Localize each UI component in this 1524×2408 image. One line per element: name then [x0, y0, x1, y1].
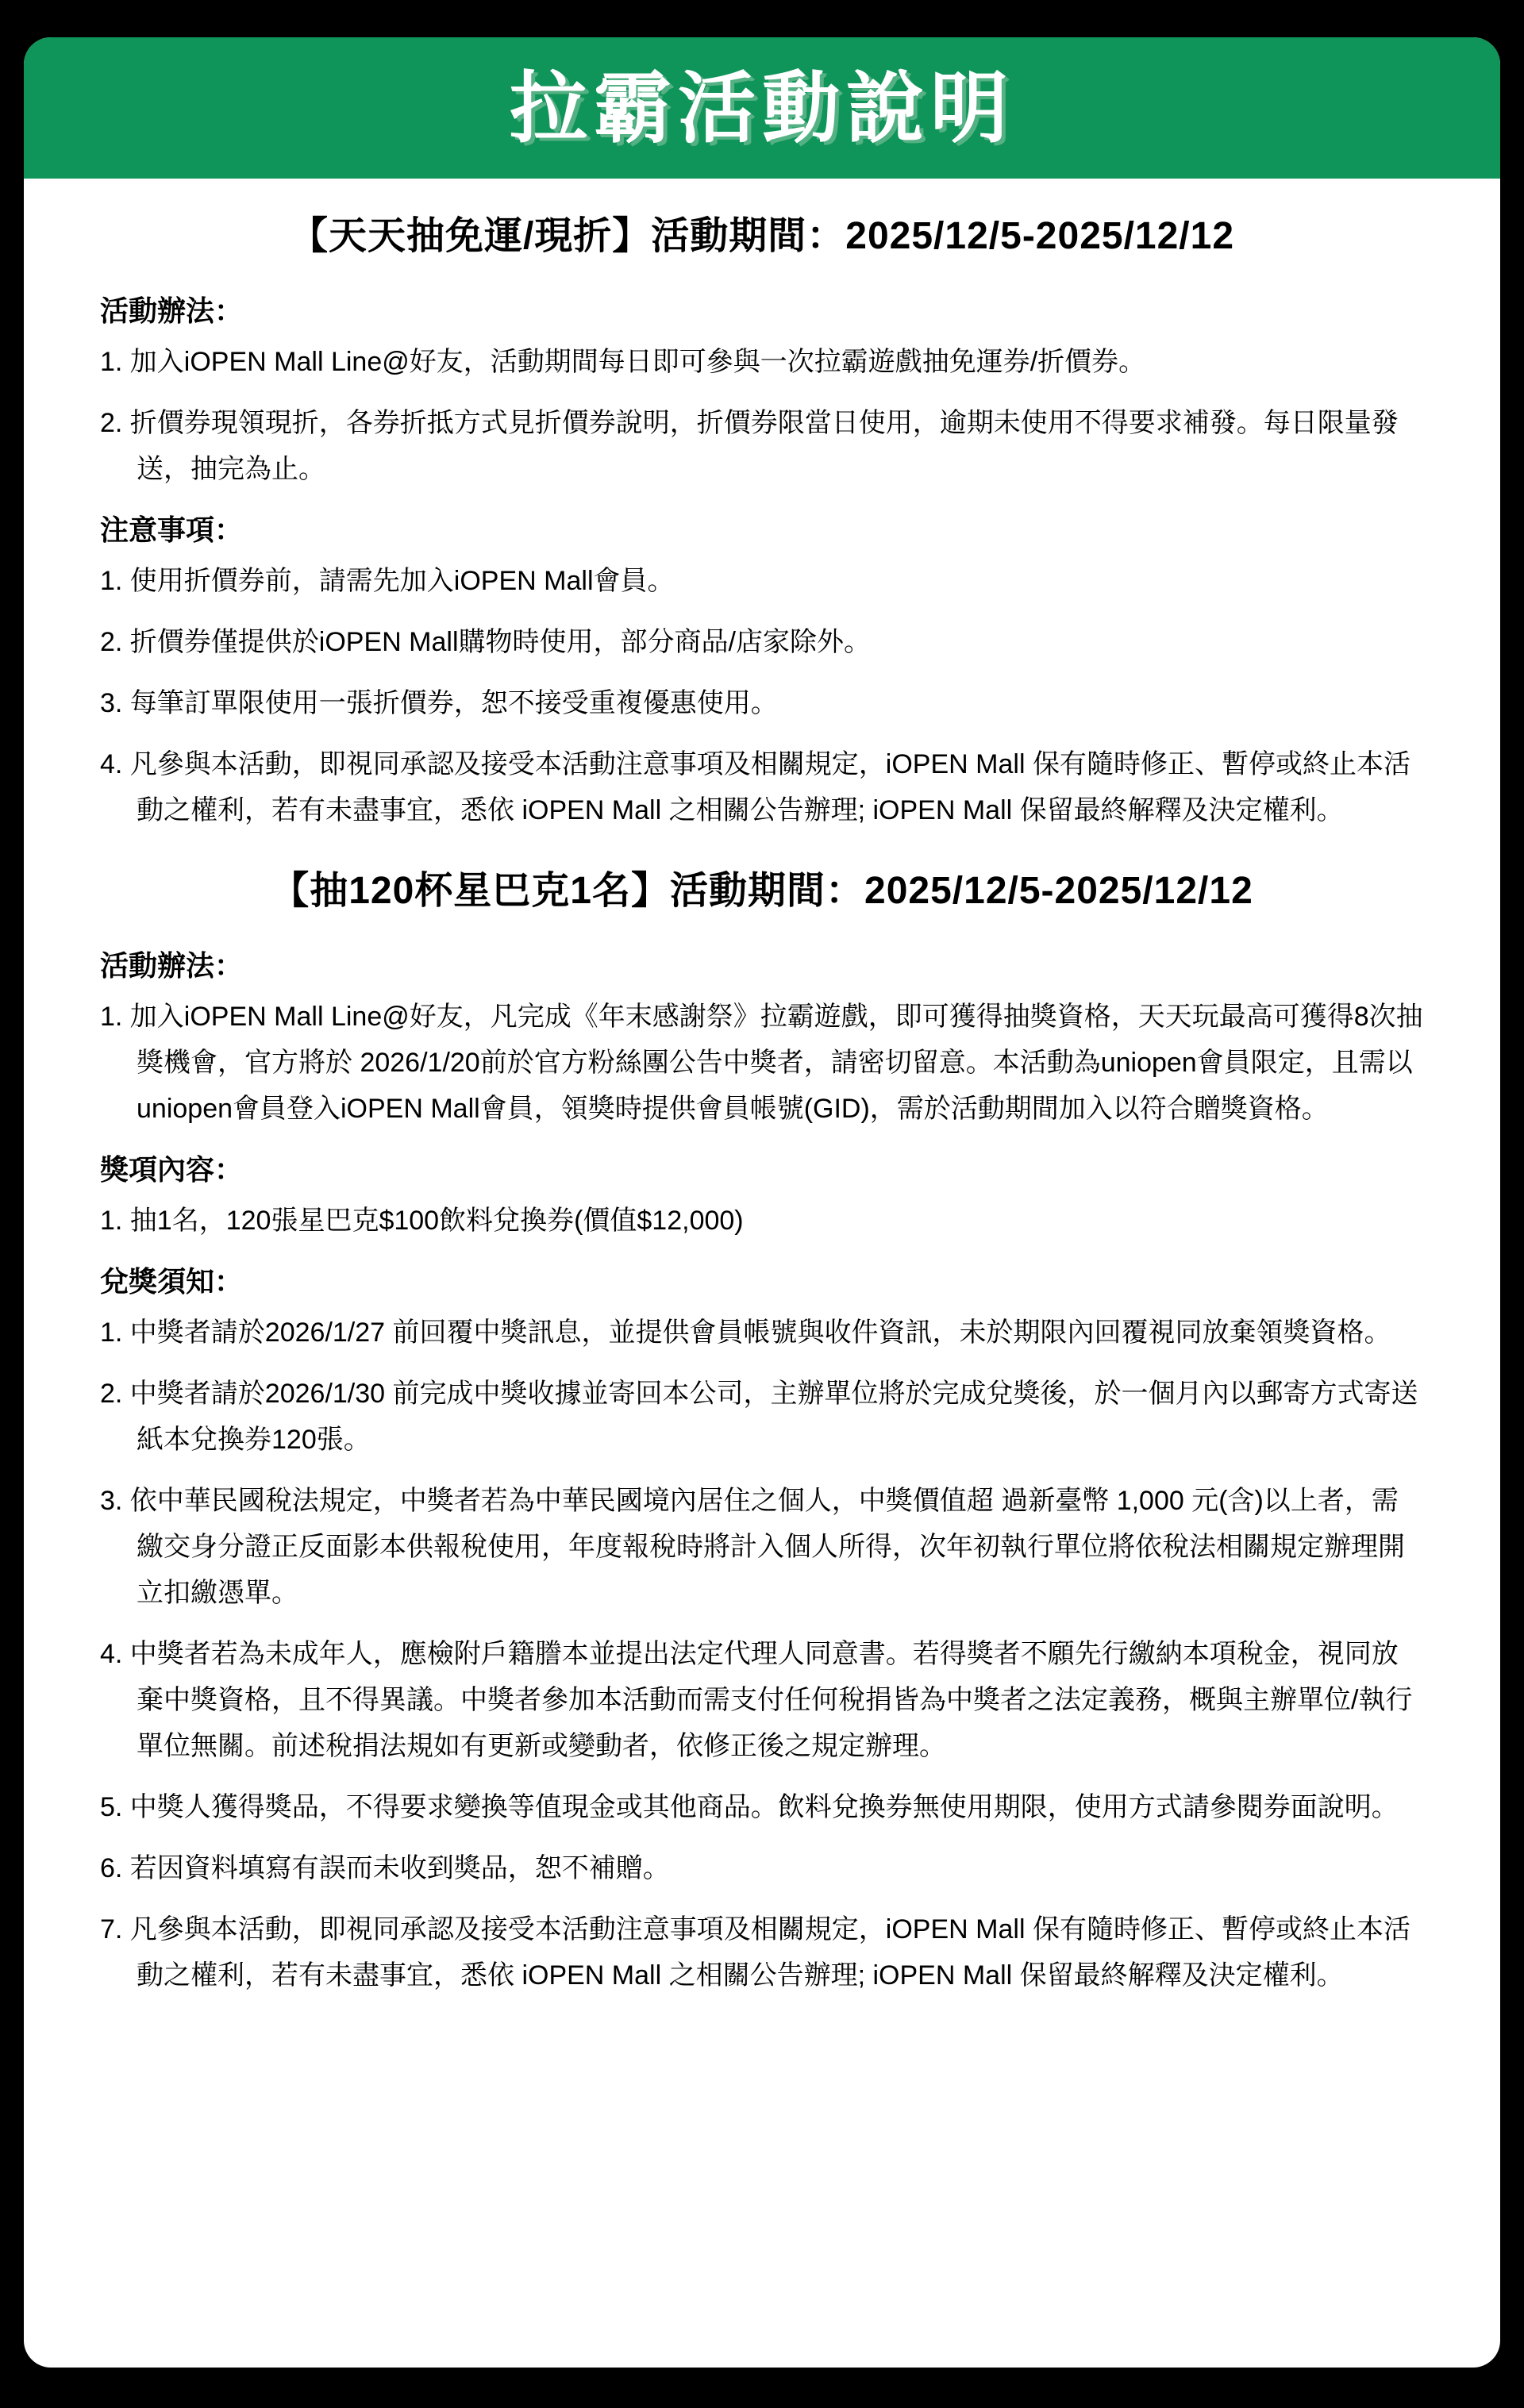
section-heading: 【天天抽免運/現折】活動期間：2025/12/5-2025/12/12 [100, 210, 1424, 263]
list-item: 4. 凡參與本活動，即視同承認及接受本活動注意事項及相關規定，iOPEN Mal… [100, 741, 1424, 833]
list-item: 1. 使用折價券前，請需先加入iOPEN Mall會員。 [100, 558, 1424, 604]
notice-content: 【天天抽免運/現折】活動期間：2025/12/5-2025/12/12 活動辦法… [24, 210, 1500, 2045]
section-label: 獎項內容： [100, 1147, 1424, 1193]
list-item: 6. 若因資料填寫有誤而未收到獎品，恕不補贈。 [100, 1845, 1424, 1891]
page-title: 拉霸活動說明 [510, 69, 1014, 147]
list-item: 1. 中獎者請於2026/1/27 前回覆中獎訊息，並提供會員帳號與收件資訊，未… [100, 1310, 1424, 1356]
list-item: 1. 抽1名，120張星巴克$100飲料兌換券(價值$12,000) [100, 1198, 1424, 1244]
list-item: 2. 折價券現領現折，各券折抵方式見折價券說明，折價券限當日使用，逾期未使用不得… [100, 400, 1424, 492]
section-label: 活動辦法： [100, 943, 1424, 989]
section-label: 注意事項： [100, 507, 1424, 553]
section-daily-draw: 【天天抽免運/現折】活動期間：2025/12/5-2025/12/12 活動辦法… [100, 210, 1424, 833]
list-item: 3. 依中華民國稅法規定，中獎者若為中華民國境內居住之個人，中獎價值超 過新臺幣… [100, 1478, 1424, 1616]
list-item: 1. 加入iOPEN Mall Line@好友，活動期間每日即可參與一次拉霸遊戲… [100, 339, 1424, 385]
section-label: 兌獎須知： [100, 1259, 1424, 1305]
page-background: 拉霸活動說明 【天天抽免運/現折】活動期間：2025/12/5-2025/12/… [0, 0, 1524, 2408]
list-item: 1. 加入iOPEN Mall Line@好友，凡完成《年末感謝祭》拉霸遊戲，即… [100, 994, 1424, 1132]
notice-card: 拉霸活動說明 【天天抽免運/現折】活動期間：2025/12/5-2025/12/… [24, 37, 1500, 2368]
list-item: 7. 凡參與本活動，即視同承認及接受本活動注意事項及相關規定，iOPEN Mal… [100, 1906, 1424, 1998]
section-heading: 【抽120杯星巴克1名】活動期間：2025/12/5-2025/12/12 [100, 865, 1424, 917]
header-banner: 拉霸活動說明 [24, 37, 1500, 179]
section-starbucks-draw: 【抽120杯星巴克1名】活動期間：2025/12/5-2025/12/12 活動… [100, 865, 1424, 1998]
list-item: 4. 中獎者若為未成年人，應檢附戶籍謄本並提出法定代理人同意書。若得獎者不願先行… [100, 1631, 1424, 1769]
list-item: 2. 中獎者請於2026/1/30 前完成中獎收據並寄回本公司，主辦單位將於完成… [100, 1371, 1424, 1463]
section-label: 活動辦法： [100, 288, 1424, 334]
list-item: 3. 每筆訂單限使用一張折價券，恕不接受重複優惠使用。 [100, 680, 1424, 726]
list-item: 5. 中獎人獲得獎品，不得要求變換等值現金或其他商品。飲料兌換券無使用期限，使用… [100, 1784, 1424, 1830]
list-item: 2. 折價券僅提供於iOPEN Mall購物時使用，部分商品/店家除外。 [100, 619, 1424, 665]
